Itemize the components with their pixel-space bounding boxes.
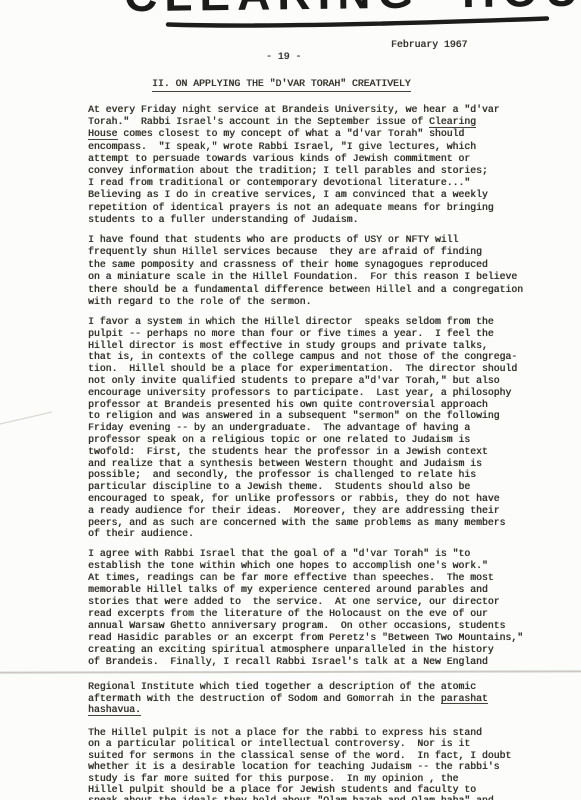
scan-crease-line [0,670,581,673]
body-paragraph-3: I favor a system in which the Hillel dir… [88,316,517,540]
body-paragraph-2: I have found that students who are produ… [88,234,523,308]
masthead-underline-stroke [0,0,581,32]
underline-mark-hashavua [88,715,141,716]
underline-mark-clearing [429,127,476,128]
underline-mark-house [88,139,118,140]
issue-date: February 1967 [391,39,467,50]
page-number: - 19 - [266,51,301,62]
underline-mark-parashat [441,703,488,704]
scan-scratch-artifact [0,408,60,428]
section-title: II. ON APPLYING THE "D'VAR TORAH" CREATI… [152,78,411,92]
body-paragraph-4-continued: Regional Institute which tied together a… [88,681,488,716]
body-paragraph-5: The Hillel pulpit is not a place for the… [88,727,511,800]
body-paragraph-4: I agree with Rabbi Israel that the goal … [88,548,523,668]
body-paragraph-1: At every Friday night service at Brandei… [88,104,500,226]
scanned-document-page: CLEARING HOUSE February 1967 - 19 - II. … [0,0,581,800]
